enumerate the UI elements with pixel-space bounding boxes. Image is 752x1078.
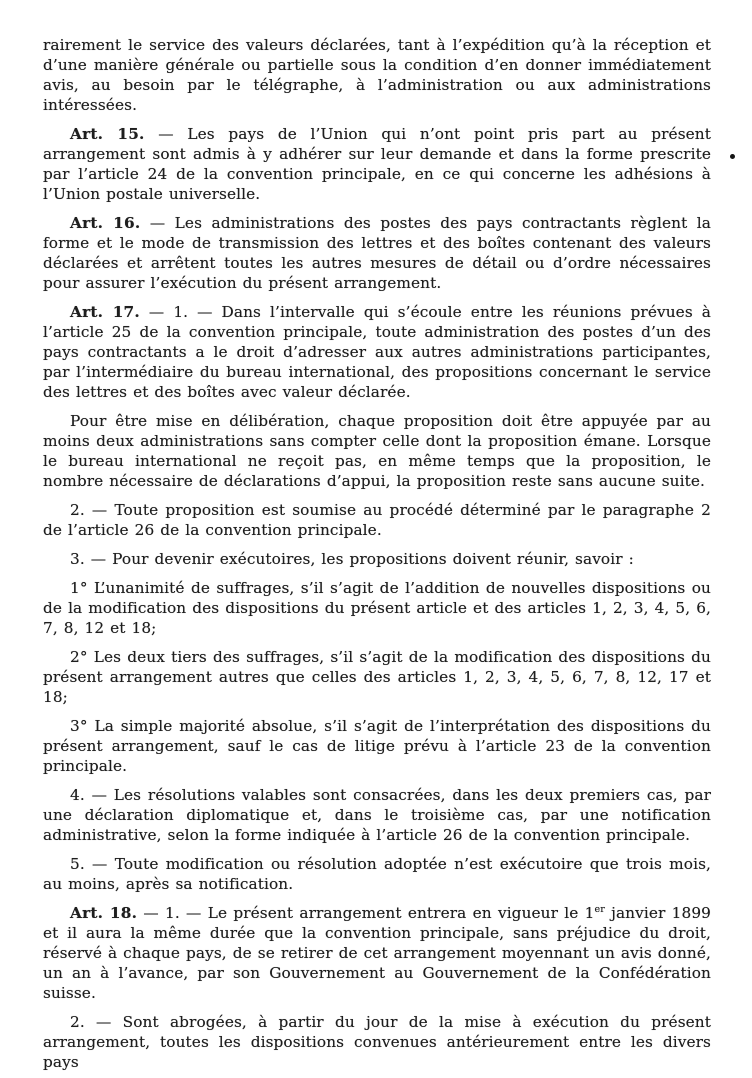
text-run: 4. — Les résolutions valables sont consa… xyxy=(43,786,711,844)
ink-speck xyxy=(730,154,735,159)
paragraph-art-17-deliberation: Pour être mise en délibération, chaque p… xyxy=(43,411,711,491)
text-run: — 1. — Le présent arrangement entrera en… xyxy=(137,904,594,922)
text-run: 3. — Pour devenir exécutoires, les propo… xyxy=(70,550,634,568)
paragraph-clause-3: 3° La simple majorité absolue, s’il s’ag… xyxy=(43,716,711,776)
ordinal-superscript: er xyxy=(595,904,605,915)
paragraph-art-17-2: 2. — Toute proposition est soumise au pr… xyxy=(43,500,711,540)
document-text-block: rairement le service des valeurs déclaré… xyxy=(43,35,711,1072)
paragraph-clause-2: 2° Les deux tiers des suffrages, s’il s’… xyxy=(43,647,711,707)
paragraph-continuation: rairement le service des valeurs déclaré… xyxy=(43,35,711,115)
text-run: 3° La simple majorité absolue, s’il s’ag… xyxy=(43,717,711,775)
text-run: — 1. — Dans l’intervalle qui s’écoule en… xyxy=(43,303,711,401)
text-run: 2. — Sont abrogées, à partir du jour de … xyxy=(43,1013,711,1071)
document-page: rairement le service des valeurs déclaré… xyxy=(0,0,752,1078)
text-run: Pour être mise en délibération, chaque p… xyxy=(43,412,711,490)
article-label: Art. 17. xyxy=(70,303,140,321)
paragraph-art-17-1: Art. 17. — 1. — Dans l’intervalle qui s’… xyxy=(43,302,711,402)
article-label: Art. 15. xyxy=(70,125,145,143)
text-run: rairement le service des valeurs déclaré… xyxy=(43,36,711,114)
article-label: Art. 16. xyxy=(70,214,140,232)
text-run: 5. — Toute modification ou résolution ad… xyxy=(43,855,711,893)
text-run: 2. — Toute proposition est soumise au pr… xyxy=(43,501,711,539)
paragraph-art-15: Art. 15. — Les pays de l’Union qui n’ont… xyxy=(43,124,711,204)
text-run: — Les administrations des postes des pay… xyxy=(43,214,711,292)
text-run: 1° L’unanimité de suffrages, s’il s’agit… xyxy=(43,579,711,637)
paragraph-art-16: Art. 16. — Les administrations des poste… xyxy=(43,213,711,293)
article-label: Art. 18. xyxy=(70,904,137,922)
paragraph-clause-1: 1° L’unanimité de suffrages, s’il s’agit… xyxy=(43,578,711,638)
paragraph-art-17-4: 4. — Les résolutions valables sont consa… xyxy=(43,785,711,845)
paragraph-art-17-3: 3. — Pour devenir exécutoires, les propo… xyxy=(43,549,711,569)
paragraph-art-17-5: 5. — Toute modification ou résolution ad… xyxy=(43,854,711,894)
text-run: 2° Les deux tiers des suffrages, s’il s’… xyxy=(43,648,711,706)
paragraph-art-18-1: Art. 18. — 1. — Le présent arrangement e… xyxy=(43,903,711,1003)
paragraph-art-18-2: 2. — Sont abrogées, à partir du jour de … xyxy=(43,1012,711,1072)
